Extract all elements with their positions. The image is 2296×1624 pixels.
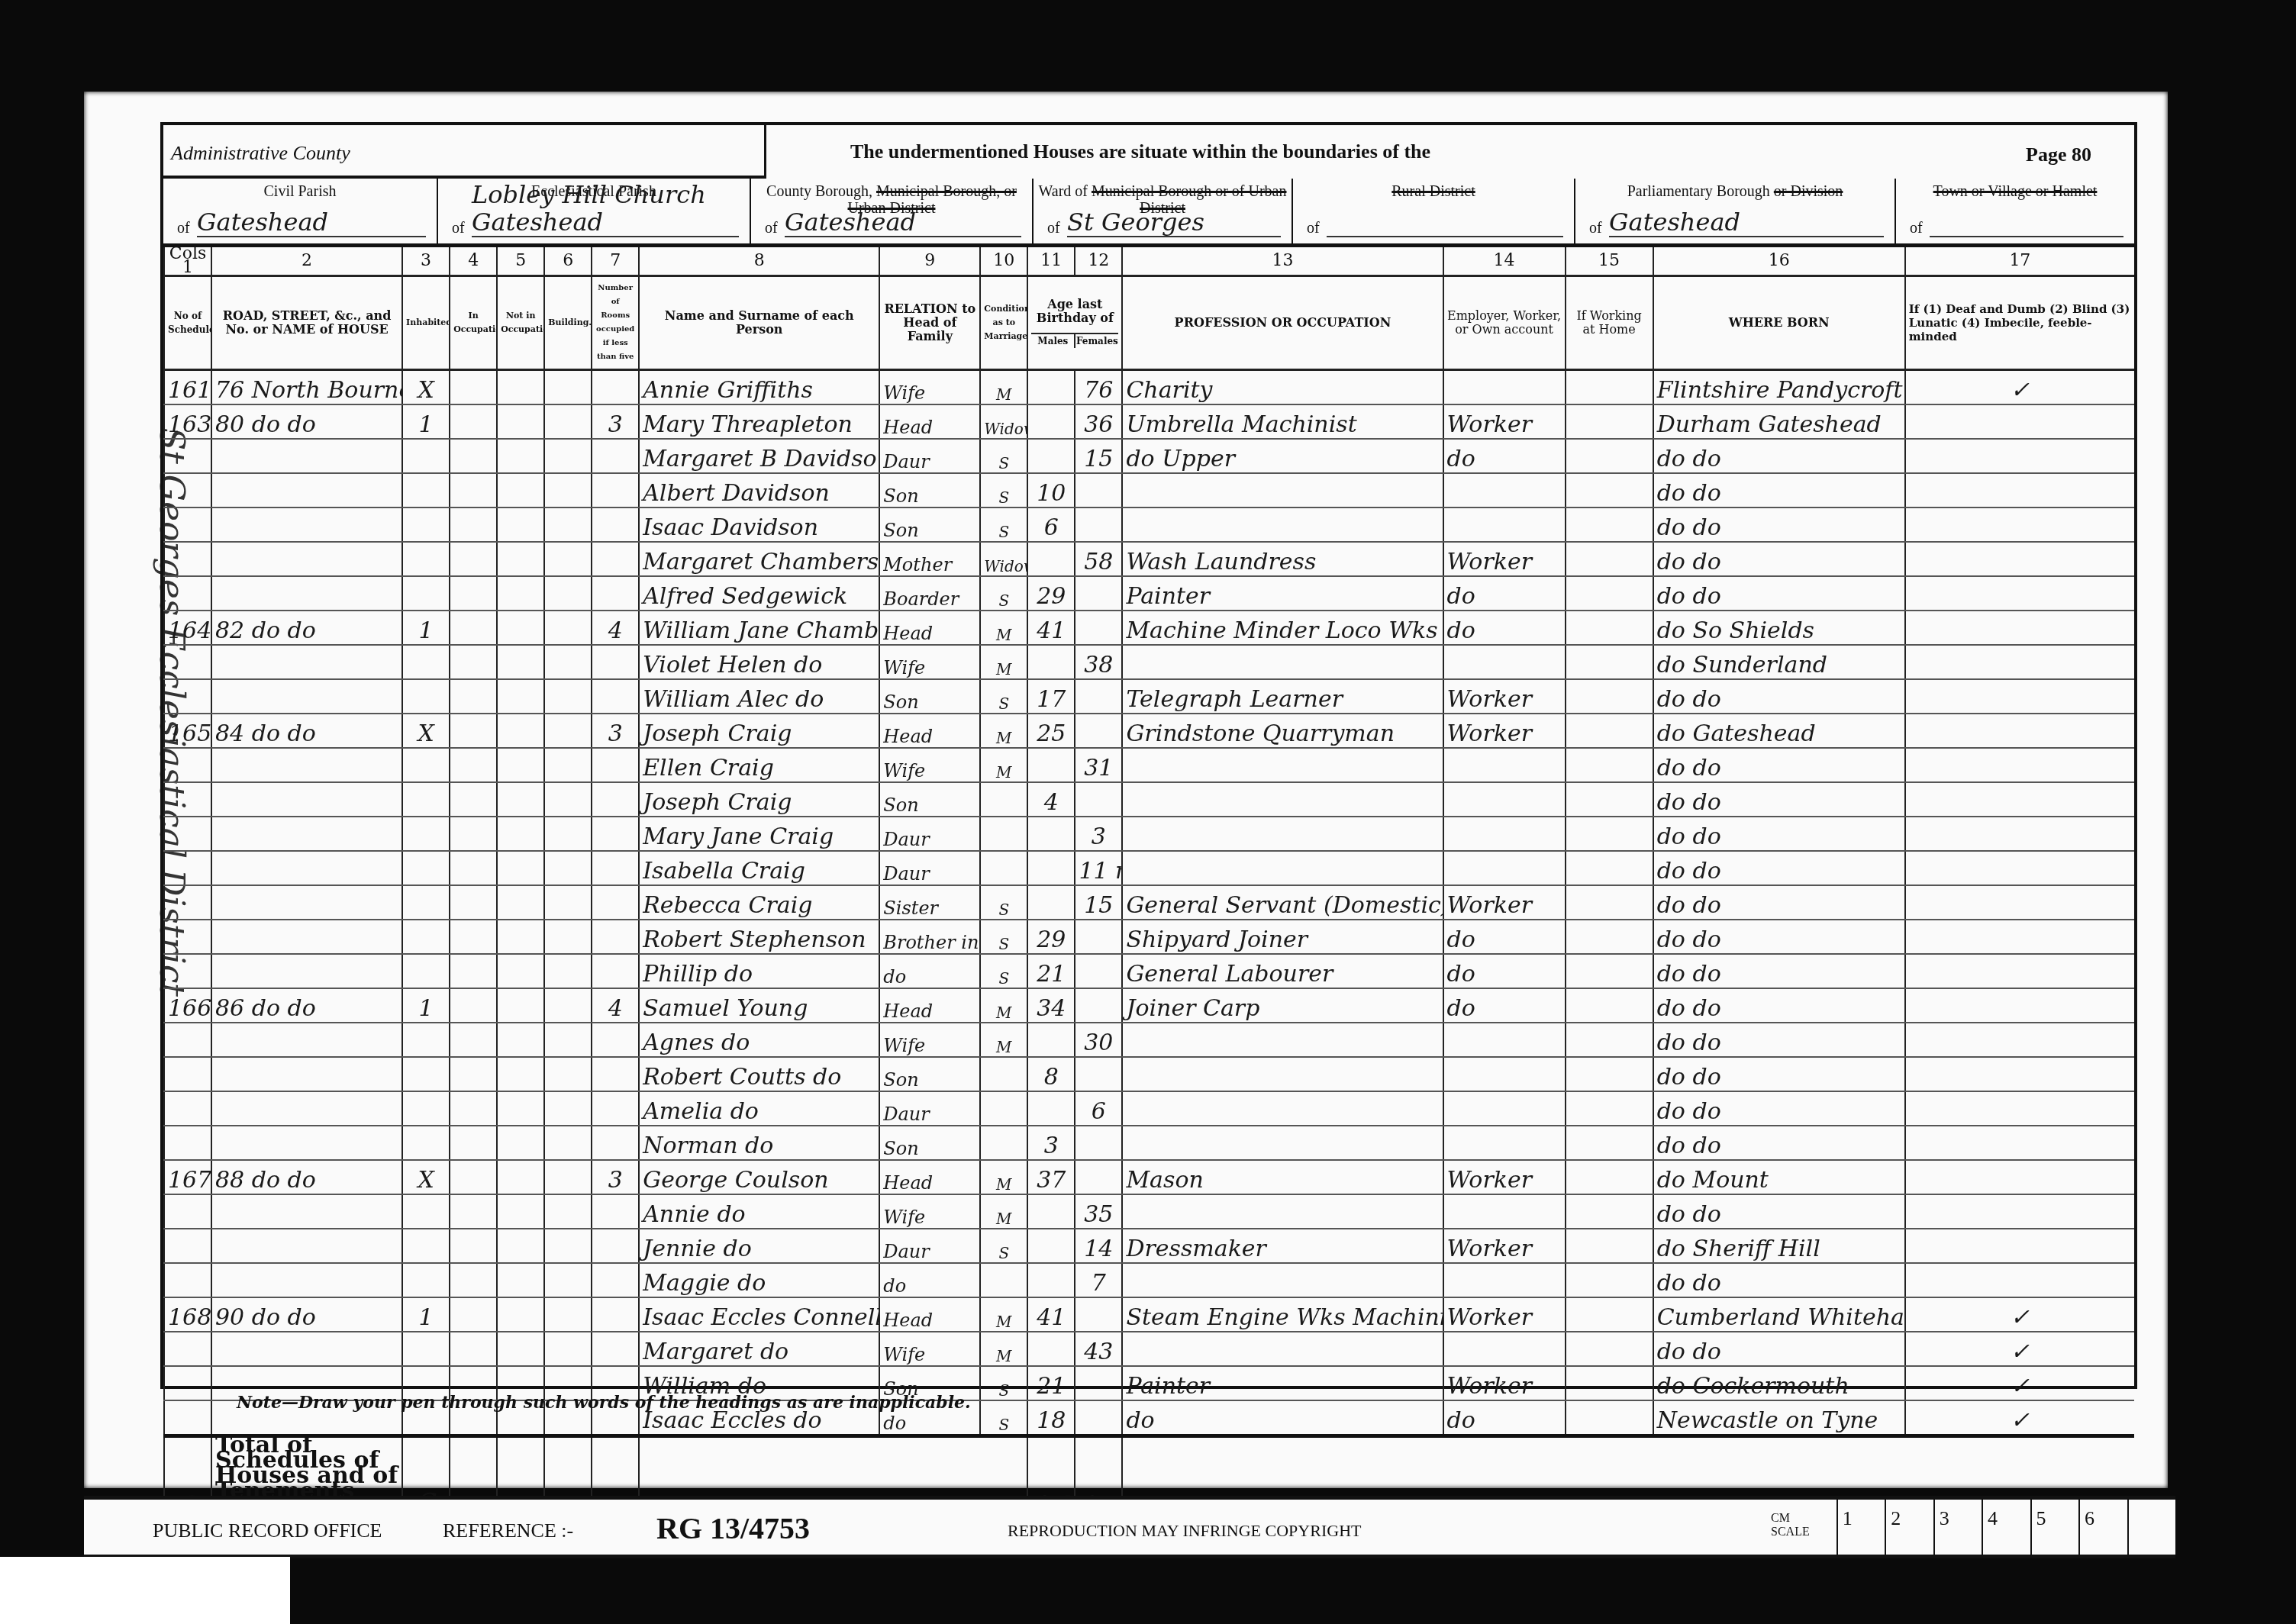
header-inhabited: Inhabited [402,276,450,370]
employer-cell [1443,645,1566,679]
born-cell: do do [1653,1332,1905,1366]
inhabited-cell [402,645,450,679]
born-cell: do do [1653,1263,1905,1297]
table-row: Isabella CraigDaur11 mthsdo do [164,851,2134,885]
schedule-cell [164,1057,211,1091]
males-age-cell: 8 [1027,1057,1075,1091]
males-age-cell [1027,370,1075,405]
occupation-cell: Steam Engine Wks Machinist [1122,1297,1443,1332]
females-age-cell: 30 [1075,1023,1122,1057]
in-occupation-cell [450,1160,497,1194]
not-in-occupation-cell [497,370,544,405]
rooms-cell [592,782,639,817]
occupation-cell: Telegraph Learner [1122,679,1443,714]
employer-cell: Worker [1443,1297,1566,1332]
condition-cell: Widow [980,404,1027,439]
males-age-cell: 29 [1027,576,1075,611]
males-age-cell [1027,645,1075,679]
road-cell: 76 North Bourne St [211,370,402,405]
born-cell: do do [1653,1091,1905,1126]
inhabited-cell: 1 [402,404,450,439]
page-number: Page 80 [2026,143,2091,166]
column-number: 16 [1653,247,1905,276]
name-cell: Maggie do [639,1263,879,1297]
home-cell [1566,782,1653,817]
header-building: Building. [544,276,592,370]
schedule-cell [164,748,211,782]
males-age-cell: 10 [1027,473,1075,507]
employer-cell [1443,507,1566,542]
inhabited-cell: 1 [402,988,450,1023]
header-born: WHERE BORN [1653,276,1905,370]
header-in-occupation: In Occupation. [450,276,497,370]
building-cell [544,817,592,851]
column-number: 2 [211,247,402,276]
born-cell: do do [1653,473,1905,507]
district-6: Town or Village or Hamletof [1896,179,2134,243]
females-age-cell: 31 [1075,748,1122,782]
occupation-cell [1122,782,1443,817]
born-cell: do Sunderland [1653,645,1905,679]
header-not-in-occupation: Not in Occupation. [497,276,544,370]
infirmity-cell [1905,817,2134,851]
building-cell [544,1194,592,1229]
condition-cell: M [980,1297,1027,1332]
born-cell: do do [1653,1057,1905,1091]
schedule-cell [164,851,211,885]
employer-cell [1443,370,1566,405]
road-cell [211,748,402,782]
inhabited-cell [402,920,450,954]
home-cell [1566,507,1653,542]
not-in-occupation-cell [497,679,544,714]
table-row: 16584 do doX3Joseph CraigHeadM25Grindsto… [164,714,2134,748]
infirmity-cell: ✓ [1905,1366,2134,1400]
road-cell [211,920,402,954]
infirmity-cell: ✓ [1905,1297,2134,1332]
home-cell [1566,1332,1653,1366]
females-age-cell [1075,507,1122,542]
infirmity-cell [1905,1263,2134,1297]
born-cell: do do [1653,851,1905,885]
occupation-cell [1122,507,1443,542]
not-in-occupation-cell [497,988,544,1023]
rooms-cell [592,954,639,988]
relation-cell: do [879,1263,980,1297]
females-age-cell [1075,1126,1122,1160]
home-cell [1566,851,1653,885]
occupation-cell: Painter [1122,576,1443,611]
relation-cell: Son [879,473,980,507]
header-rooms: Number of Rooms occupied if less than fi… [592,276,639,370]
road-cell [211,1023,402,1057]
not-in-occupation-cell [497,817,544,851]
condition-cell: M [980,714,1027,748]
employer-cell [1443,817,1566,851]
column-number: 7 [592,247,639,276]
name-cell: Robert Stephenson [639,920,879,954]
condition-cell: S [980,439,1027,473]
not-in-occupation-cell [497,954,544,988]
males-age-cell [1027,1229,1075,1263]
rooms-cell: 3 [592,1160,639,1194]
females-age-cell: 35 [1075,1194,1122,1229]
building-cell [544,507,592,542]
rooms-cell [592,1229,639,1263]
females-age-cell: 11 mths [1075,851,1122,885]
relation-cell: Daur [879,851,980,885]
infirmity-cell [1905,885,2134,920]
inhabited-cell [402,542,450,576]
district-2: County Borough, Municipal Borough, or Ur… [751,179,1034,243]
home-cell [1566,1194,1653,1229]
name-cell: Agnes do [639,1023,879,1057]
home-cell [1566,920,1653,954]
rooms-cell [592,576,639,611]
home-cell [1566,404,1653,439]
office-label: PUBLIC RECORD OFFICE [153,1519,382,1542]
born-cell: do do [1653,920,1905,954]
condition-cell [980,1263,1027,1297]
males-age-cell: 34 [1027,988,1075,1023]
column-number: 15 [1566,247,1653,276]
employer-cell [1443,473,1566,507]
in-occupation-cell [450,404,497,439]
cm-scale-mark: 6 [2078,1500,2127,1555]
occupation-cell [1122,1023,1443,1057]
males-age-cell: 29 [1027,920,1075,954]
home-cell [1566,1023,1653,1057]
relation-cell: Daur [879,439,980,473]
home-cell [1566,1126,1653,1160]
district-of: of [1307,220,1320,237]
name-cell: Joseph Craig [639,714,879,748]
district-label: Civil Parish [163,183,437,200]
females-age-cell [1075,920,1122,954]
name-cell: Samuel Young [639,988,879,1023]
cm-scale-mark: 4 [1982,1500,2030,1555]
employer-cell: Worker [1443,885,1566,920]
reference-number: RG 13/4753 [656,1510,810,1546]
schedule-cell [164,679,211,714]
cm-scale-mark: 2 [1885,1500,1933,1555]
in-occupation-cell [450,645,497,679]
not-in-occupation-cell [497,542,544,576]
condition-cell: M [980,645,1027,679]
table-row: 16788 do doX3George CoulsonHeadM37MasonW… [164,1160,2134,1194]
females-age-cell: 15 [1075,439,1122,473]
building-cell [544,645,592,679]
not-in-occupation-cell [497,1023,544,1057]
infirmity-cell: ✓ [1905,370,2134,405]
building-cell [544,851,592,885]
header-name: Name and Surname of each Person [639,276,879,370]
in-occupation-cell [450,748,497,782]
district-1: Ecclesiastical Parish ofLobley Hill Chur… [438,179,751,243]
rooms-cell [592,885,639,920]
table-row: Annie doWifeM35do do [164,1194,2134,1229]
building-cell [544,988,592,1023]
employer-cell [1443,1091,1566,1126]
schedule-cell [164,507,211,542]
inhabited-cell [402,1057,450,1091]
infirmity-cell [1905,645,2134,679]
table-row: Robert Coutts doSon8do do [164,1057,2134,1091]
females-age-cell: 36 [1075,404,1122,439]
district-4: Rural Districtof [1293,179,1575,243]
column-number: 12 [1075,247,1122,276]
schedule-cell [164,1332,211,1366]
employer-cell: Worker [1443,1229,1566,1263]
name-cell: Margaret B Davidson [639,439,879,473]
table-row: Joseph CraigSon4do do [164,782,2134,817]
rooms-cell [592,920,639,954]
not-in-occupation-cell [497,851,544,885]
condition-cell: S [980,1400,1027,1436]
relation-cell: Head [879,1160,980,1194]
males-age-cell: 37 [1027,1160,1075,1194]
building-cell [544,576,592,611]
infirmity-cell [1905,748,2134,782]
infirmity-cell [1905,611,2134,645]
name-cell: Violet Helen do [639,645,879,679]
road-cell [211,954,402,988]
inhabited-cell [402,885,450,920]
employer-cell [1443,748,1566,782]
occupation-cell [1122,1332,1443,1366]
inhabited-cell [402,954,450,988]
name-cell: William Jane Chambers [639,611,879,645]
table-row: Amelia doDaur6do do [164,1091,2134,1126]
relation-cell: Boarder [879,576,980,611]
cm-scale-label: CM SCALE [1771,1500,1836,1555]
column-number: 11 [1027,247,1075,276]
rooms-cell [592,1297,639,1332]
infirmity-cell [1905,1160,2134,1194]
occupation-cell [1122,748,1443,782]
schedule-cell [164,782,211,817]
relation-cell: Son [879,679,980,714]
name-cell: Mary Threapleton [639,404,879,439]
schedule-cell: 161 [164,370,211,405]
home-cell [1566,1229,1653,1263]
home-cell [1566,1297,1653,1332]
not-in-occupation-cell [497,885,544,920]
road-cell: 82 do do [211,611,402,645]
cm-scale-mark: 3 [1933,1500,1982,1555]
born-cell: do Cockermouth [1653,1366,1905,1400]
not-in-occupation-cell [497,404,544,439]
district-of: of [1910,220,1923,237]
born-cell: do do [1653,1126,1905,1160]
table-row: Albert DavidsonSonS10do do [164,473,2134,507]
reference-label: REFERENCE :- [443,1519,573,1542]
district-label: Parliamentary Borough or Division [1575,183,1895,200]
home-cell [1566,954,1653,988]
in-occupation-cell [450,507,497,542]
header-infirmity: If (1) Deaf and Dumb (2) Blind (3) Lunat… [1905,276,2134,370]
in-occupation-cell [450,1023,497,1057]
home-cell [1566,611,1653,645]
table-row: Maggie dodo7do do [164,1263,2134,1297]
not-in-occupation-cell [497,1160,544,1194]
males-age-cell [1027,1263,1075,1297]
not-in-occupation-cell [497,782,544,817]
females-age-cell: 6 [1075,1091,1122,1126]
home-cell [1566,645,1653,679]
born-cell: do So Shields [1653,611,1905,645]
name-cell: Annie Griffiths [639,370,879,405]
males-age-cell: 17 [1027,679,1075,714]
inhabited-cell: 1 [402,1297,450,1332]
born-cell: do do [1653,1023,1905,1057]
table-row: Phillip dodoS21General Labourerdodo do [164,954,2134,988]
occupation-cell [1122,1263,1443,1297]
females-age-cell: 7 [1075,1263,1122,1297]
born-cell: do do [1653,576,1905,611]
females-age-cell [1075,782,1122,817]
header-occupation: PROFESSION OR OCCUPATION [1122,276,1443,370]
in-occupation-cell [450,851,497,885]
employer-cell [1443,1023,1566,1057]
table-row: 16380 do do13Mary ThreapletonHeadWidow36… [164,404,2134,439]
building-cell [544,1057,592,1091]
district-label: Rural District [1293,183,1574,200]
infirmity-cell [1905,404,2134,439]
born-cell: do do [1653,507,1905,542]
occupation-cell [1122,1126,1443,1160]
relation-cell: Wife [879,1023,980,1057]
inhabited-cell [402,1091,450,1126]
road-cell [211,1091,402,1126]
building-cell [544,782,592,817]
name-cell: William Alec do [639,679,879,714]
relation-cell: Head [879,611,980,645]
born-cell: do do [1653,748,1905,782]
district-row: Civil Parish ofGatesheadEcclesiastical P… [163,179,2134,247]
building-cell [544,920,592,954]
employer-cell [1443,782,1566,817]
cm-scale-mark: 1 [1836,1500,1885,1555]
relation-cell: Head [879,714,980,748]
building-cell [544,1160,592,1194]
schedule-cell [164,1023,211,1057]
not-in-occupation-cell [497,507,544,542]
name-cell: Norman do [639,1126,879,1160]
born-cell: do do [1653,817,1905,851]
road-cell [211,1332,402,1366]
home-cell [1566,1400,1653,1436]
table-row: 16482 do do14William Jane ChambersHeadM4… [164,611,2134,645]
header-condition: Condition as to Marriage [980,276,1027,370]
employer-cell [1443,851,1566,885]
not-in-occupation-cell [497,1263,544,1297]
in-occupation-cell [450,1297,497,1332]
in-occupation-cell [450,885,497,920]
relation-cell: Son [879,1126,980,1160]
relation-cell: Mother [879,542,980,576]
infirmity-cell [1905,439,2134,473]
table-row: Isaac DavidsonSonS6do do [164,507,2134,542]
district-of: of [765,220,778,237]
males-age-cell: 41 [1027,611,1075,645]
table-row: Robert StephensonBrother in lawS29Shipya… [164,920,2134,954]
occupation-cell: do Upper [1122,439,1443,473]
relation-cell: Wife [879,1332,980,1366]
table-row: Ellen CraigWifeM31do do [164,748,2134,782]
condition-cell: M [980,370,1027,405]
born-cell: do do [1653,542,1905,576]
condition-cell: M [980,1332,1027,1366]
infirmity-cell [1905,576,2134,611]
in-occupation-cell [450,1126,497,1160]
road-cell [211,645,402,679]
in-occupation-cell [450,370,497,405]
home-cell [1566,439,1653,473]
rooms-cell [592,1091,639,1126]
born-cell: do Gateshead [1653,714,1905,748]
column-number: 13 [1122,247,1443,276]
road-cell: 84 do do [211,714,402,748]
not-in-occupation-cell [497,748,544,782]
road-cell [211,1194,402,1229]
not-in-occupation-cell [497,473,544,507]
females-age-cell: 76 [1075,370,1122,405]
rooms-cell: 3 [592,714,639,748]
condition-cell: M [980,1194,1027,1229]
road-cell [211,679,402,714]
infirmity-cell: ✓ [1905,1332,2134,1366]
infirmity-cell [1905,714,2134,748]
header-males: Males [1031,334,1074,348]
district-of: of [1047,220,1060,237]
building-cell [544,954,592,988]
condition-cell: M [980,748,1027,782]
condition-cell: S [980,954,1027,988]
females-age-cell [1075,576,1122,611]
table-row: Alfred SedgewickBoarderS29Painterdodo do [164,576,2134,611]
name-cell: Jennie do [639,1229,879,1263]
name-cell: Margaret Chambers [639,542,879,576]
district-3: Ward of Municipal Borough or of Urban Di… [1034,179,1293,243]
not-in-occupation-cell [497,1091,544,1126]
schedule-cell [164,1263,211,1297]
rooms-cell [592,473,639,507]
not-in-occupation-cell [497,714,544,748]
infirmity-cell [1905,988,2134,1023]
road-cell [211,542,402,576]
born-cell: Durham Gateshead [1653,404,1905,439]
employer-cell: Worker [1443,542,1566,576]
district-value: St Georges [1067,208,1281,237]
building-cell [544,473,592,507]
undermentioned-heading: The undermentioned Houses are situate wi… [850,140,1430,163]
table-row: Mary Jane CraigDaur3do do [164,817,2134,851]
column-number: 4 [450,247,497,276]
relation-cell: Daur [879,1091,980,1126]
blank-corner [0,1557,290,1624]
schedule-cell [164,439,211,473]
rooms-cell [592,542,639,576]
building-cell [544,1023,592,1057]
not-in-occupation-cell [497,920,544,954]
not-in-occupation-cell [497,1332,544,1366]
rooms-cell: 4 [592,611,639,645]
rooms-cell [592,1194,639,1229]
district-of: of [452,220,465,237]
name-cell: Amelia do [639,1091,879,1126]
schedule-cell [164,1126,211,1160]
